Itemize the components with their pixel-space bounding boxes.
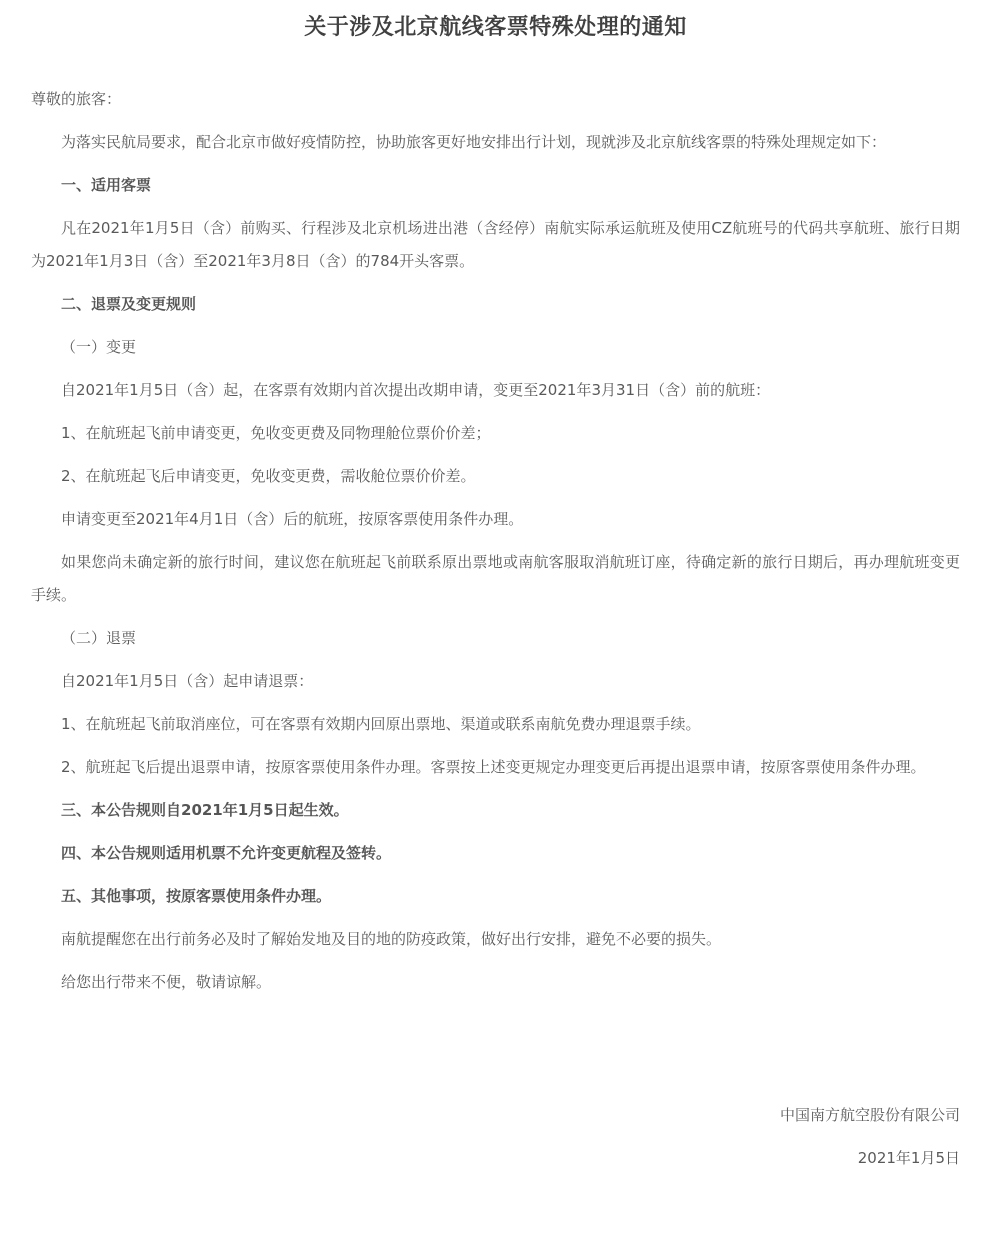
section-2-change-paragraph-1: 自2021年1月5日（含）起，在客票有效期内首次提出改期申请，变更至2021年3… <box>31 374 960 407</box>
intro-paragraph: 为落实民航局要求，配合北京市做好疫情防控，协助旅客更好地安排出行计划，现就涉及北… <box>31 126 960 159</box>
notice-title: 关于涉及北京航线客票特殊处理的通知 <box>31 10 960 45</box>
section-2-change-paragraph-4: 申请变更至2021年4月1日（含）后的航班，按原客票使用条件办理。 <box>31 503 960 536</box>
section-2-refund-paragraph-3: 2、航班起飞后提出退票申请，按原客票使用条件办理。客票按上述变更规定办理变更后再… <box>31 751 960 784</box>
section-5-heading: 五、其他事项，按原客票使用条件办理。 <box>31 880 960 913</box>
section-2-heading: 二、退票及变更规则 <box>31 288 960 321</box>
apology-paragraph: 给您出行带来不便，敬请谅解。 <box>31 966 960 999</box>
reminder-paragraph: 南航提醒您在出行前务必及时了解始发地及目的地的防疫政策，做好出行安排，避免不必要… <box>31 923 960 956</box>
signature-date: 2021年1月5日 <box>31 1142 960 1175</box>
section-2-change-paragraph-3: 2、在航班起飞后申请变更，免收变更费，需收舱位票价价差。 <box>31 460 960 493</box>
section-2-refund-paragraph-1: 自2021年1月5日（含）起申请退票： <box>31 665 960 698</box>
section-2-refund-paragraph-2: 1、在航班起飞前取消座位，可在客票有效期内回原出票地、渠道或联系南航免费办理退票… <box>31 708 960 741</box>
section-4-heading: 四、本公告规则适用机票不允许变更航程及签转。 <box>31 837 960 870</box>
section-2-change-paragraph-5: 如果您尚未确定新的旅行时间，建议您在航班起飞前联系原出票地或南航客服取消航班订座… <box>31 546 960 612</box>
section-2-change-subheading: （一）变更 <box>31 331 960 364</box>
section-2-refund-subheading: （二）退票 <box>31 622 960 655</box>
notice-page: 关于涉及北京航线客票特殊处理的通知 尊敬的旅客： 为落实民航局要求，配合北京市做… <box>0 10 992 1241</box>
greeting: 尊敬的旅客： <box>31 83 960 116</box>
section-2-change-paragraph-2: 1、在航班起飞前申请变更，免收变更费及同物理舱位票价价差； <box>31 417 960 450</box>
section-1-heading: 一、适用客票 <box>31 169 960 202</box>
section-3-heading: 三、本公告规则自2021年1月5日起生效。 <box>31 794 960 827</box>
section-1-body: 凡在2021年1月5日（含）前购买、行程涉及北京机场进出港（含经停）南航实际承运… <box>31 212 960 278</box>
signature-block: 中国南方航空股份有限公司 2021年1月5日 <box>31 1099 960 1175</box>
signature-company: 中国南方航空股份有限公司 <box>31 1099 960 1132</box>
